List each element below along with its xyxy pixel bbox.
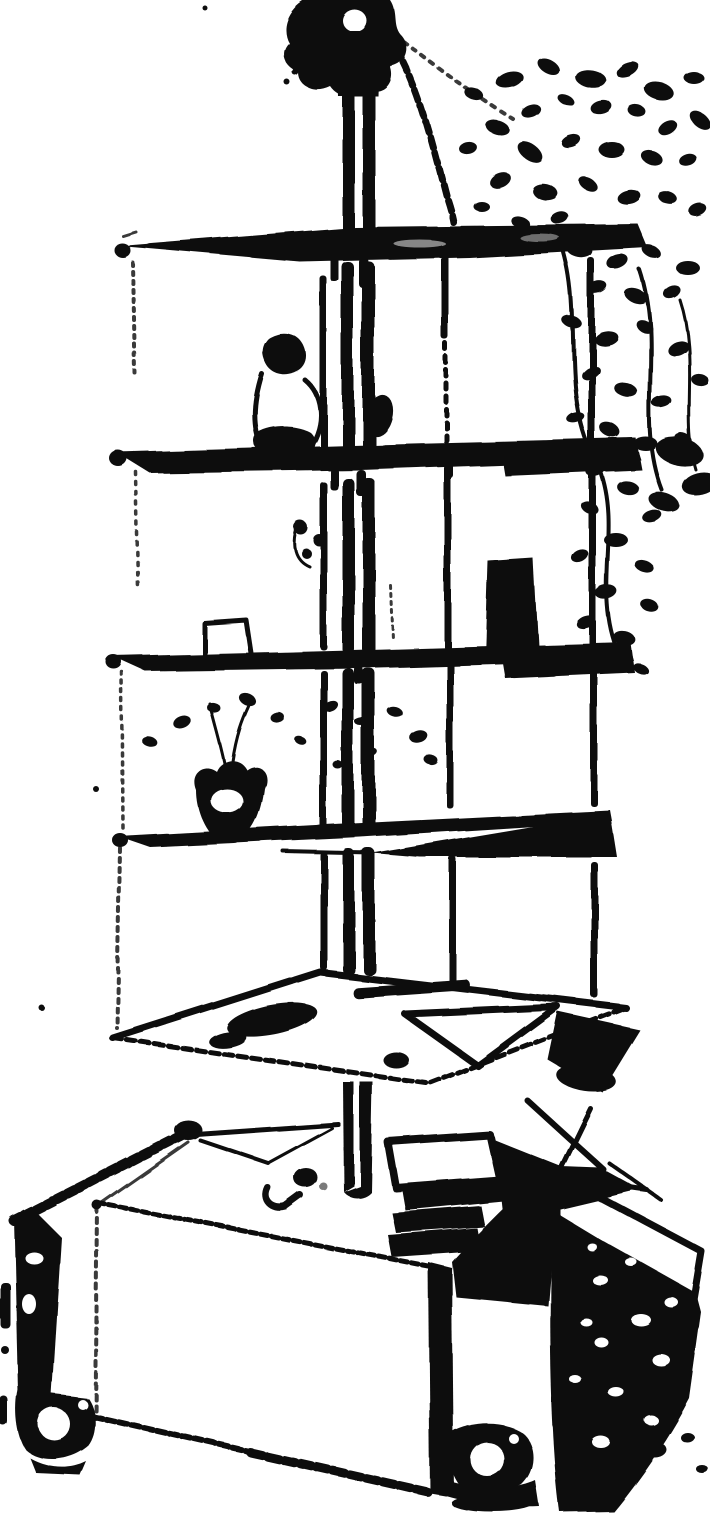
illustration-canvas xyxy=(0,0,710,1518)
dark-box xyxy=(486,559,539,659)
rear-rail xyxy=(320,276,327,970)
etagere-illustration xyxy=(0,0,710,1518)
